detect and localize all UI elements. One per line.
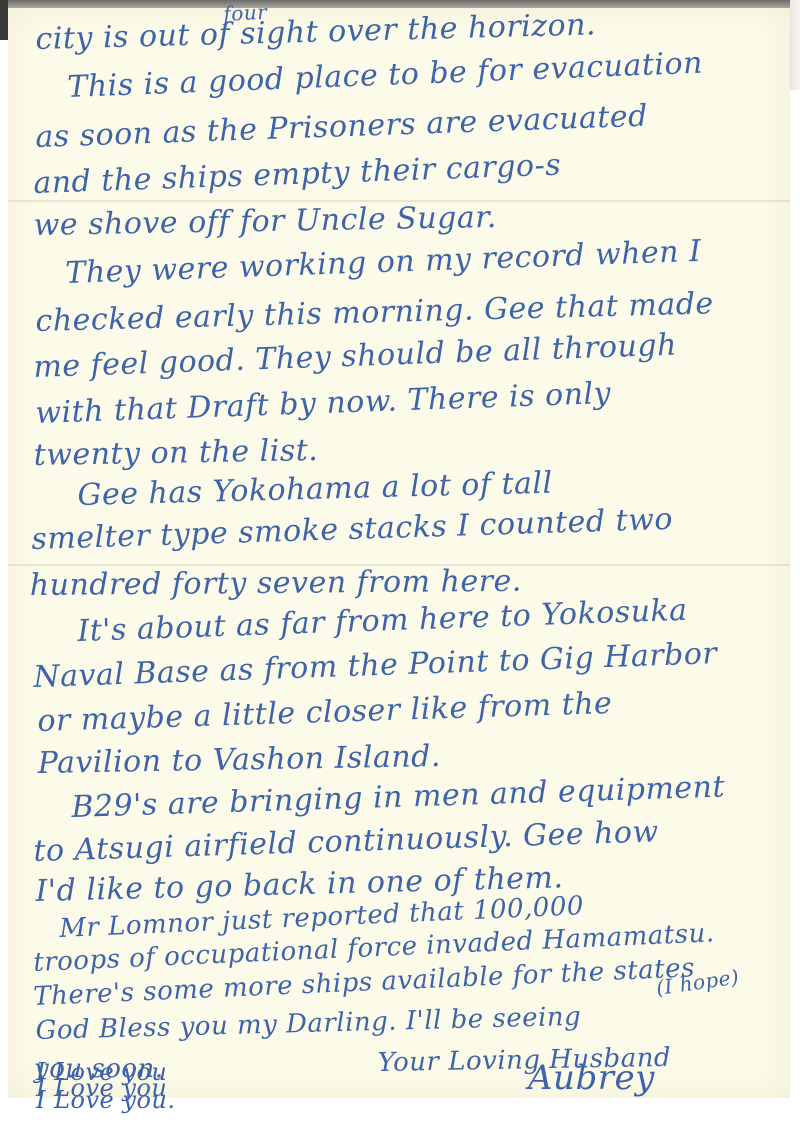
letter-line-13: hundred forty seven from here. [30,564,522,603]
postscript-line-3: I Love you. [36,1086,175,1114]
letter-line-16: or maybe a little closer like from the [37,686,613,739]
signature: Aubrey [528,1058,655,1098]
letter-line-1: city is out of sight over the horizon. [35,7,596,57]
letter-line-3: as soon as the Prisoners are evacuated [35,99,649,155]
postscript-line-2: I Love you [36,1058,167,1086]
letter-line-2: This is a good place to be for evacuatio… [67,46,704,105]
scan-right-edge [790,0,800,90]
letter-line-5: we shove off for Uncle Sugar. [33,200,497,243]
letter-paper: four city is out of sight over the horiz… [8,8,790,1098]
scanned-letter-page: four city is out of sight over the horiz… [0,0,800,1126]
letter-line-6: They were working on my record when I [65,234,702,291]
letter-line-17: Pavilion to Vashon Island. [37,739,441,781]
letter-line-4: and the ships empty their cargo-s [33,148,562,201]
letter-line-10: twenty on the list. [33,433,318,473]
letter-line-9: with that Draft by now. There is only [35,376,612,431]
letter-line-11: Gee has Yokohama a lot of tall [77,466,553,513]
scan-left-edge [0,0,8,40]
